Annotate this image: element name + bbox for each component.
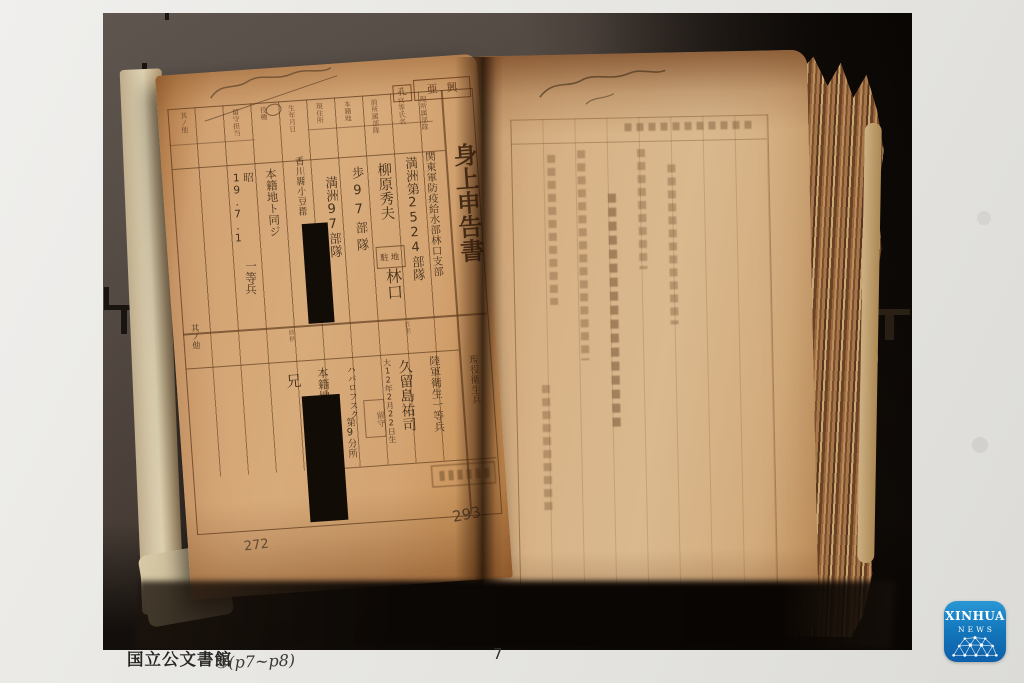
paper-blemish [972, 437, 988, 453]
page-number-272: 272 [243, 537, 269, 555]
caption-handwritten-note: ③(p7~p8) [214, 651, 296, 673]
logo-title: XINHUA [944, 609, 1006, 623]
xinhua-news-logo: XINHUA NEWS [944, 601, 1006, 662]
printed-news-photo-page: 孔 亜興 身上申告書 現所属部隊 官等氏名 前所属部隊 本籍地 現住所 生年月日… [0, 0, 1024, 683]
handwritten-annotation-scribble [533, 64, 674, 109]
handwritten-entry: 昭19.7.1 [229, 172, 255, 255]
handwritten-entry: 林口 [383, 267, 404, 316]
crop-mark-top [165, 13, 169, 20]
handwritten-entry: 兄 [284, 373, 302, 394]
network-mesh-icon [949, 633, 1001, 659]
book-spine-shadow [455, 57, 503, 615]
book-right-page [473, 50, 819, 635]
garrison-label-box: 駐地 [375, 245, 405, 269]
paper-blemish [977, 211, 991, 225]
handwritten-entry: 一等兵 [244, 260, 257, 320]
caretaker-label-box: 留守 [363, 399, 387, 438]
page-number: 7 [493, 645, 503, 663]
archive-photo: 孔 亜興 身上申告書 現所属部隊 官等氏名 前所属部隊 本籍地 現住所 生年月日… [103, 13, 912, 650]
book-cast-shadow [135, 581, 895, 649]
